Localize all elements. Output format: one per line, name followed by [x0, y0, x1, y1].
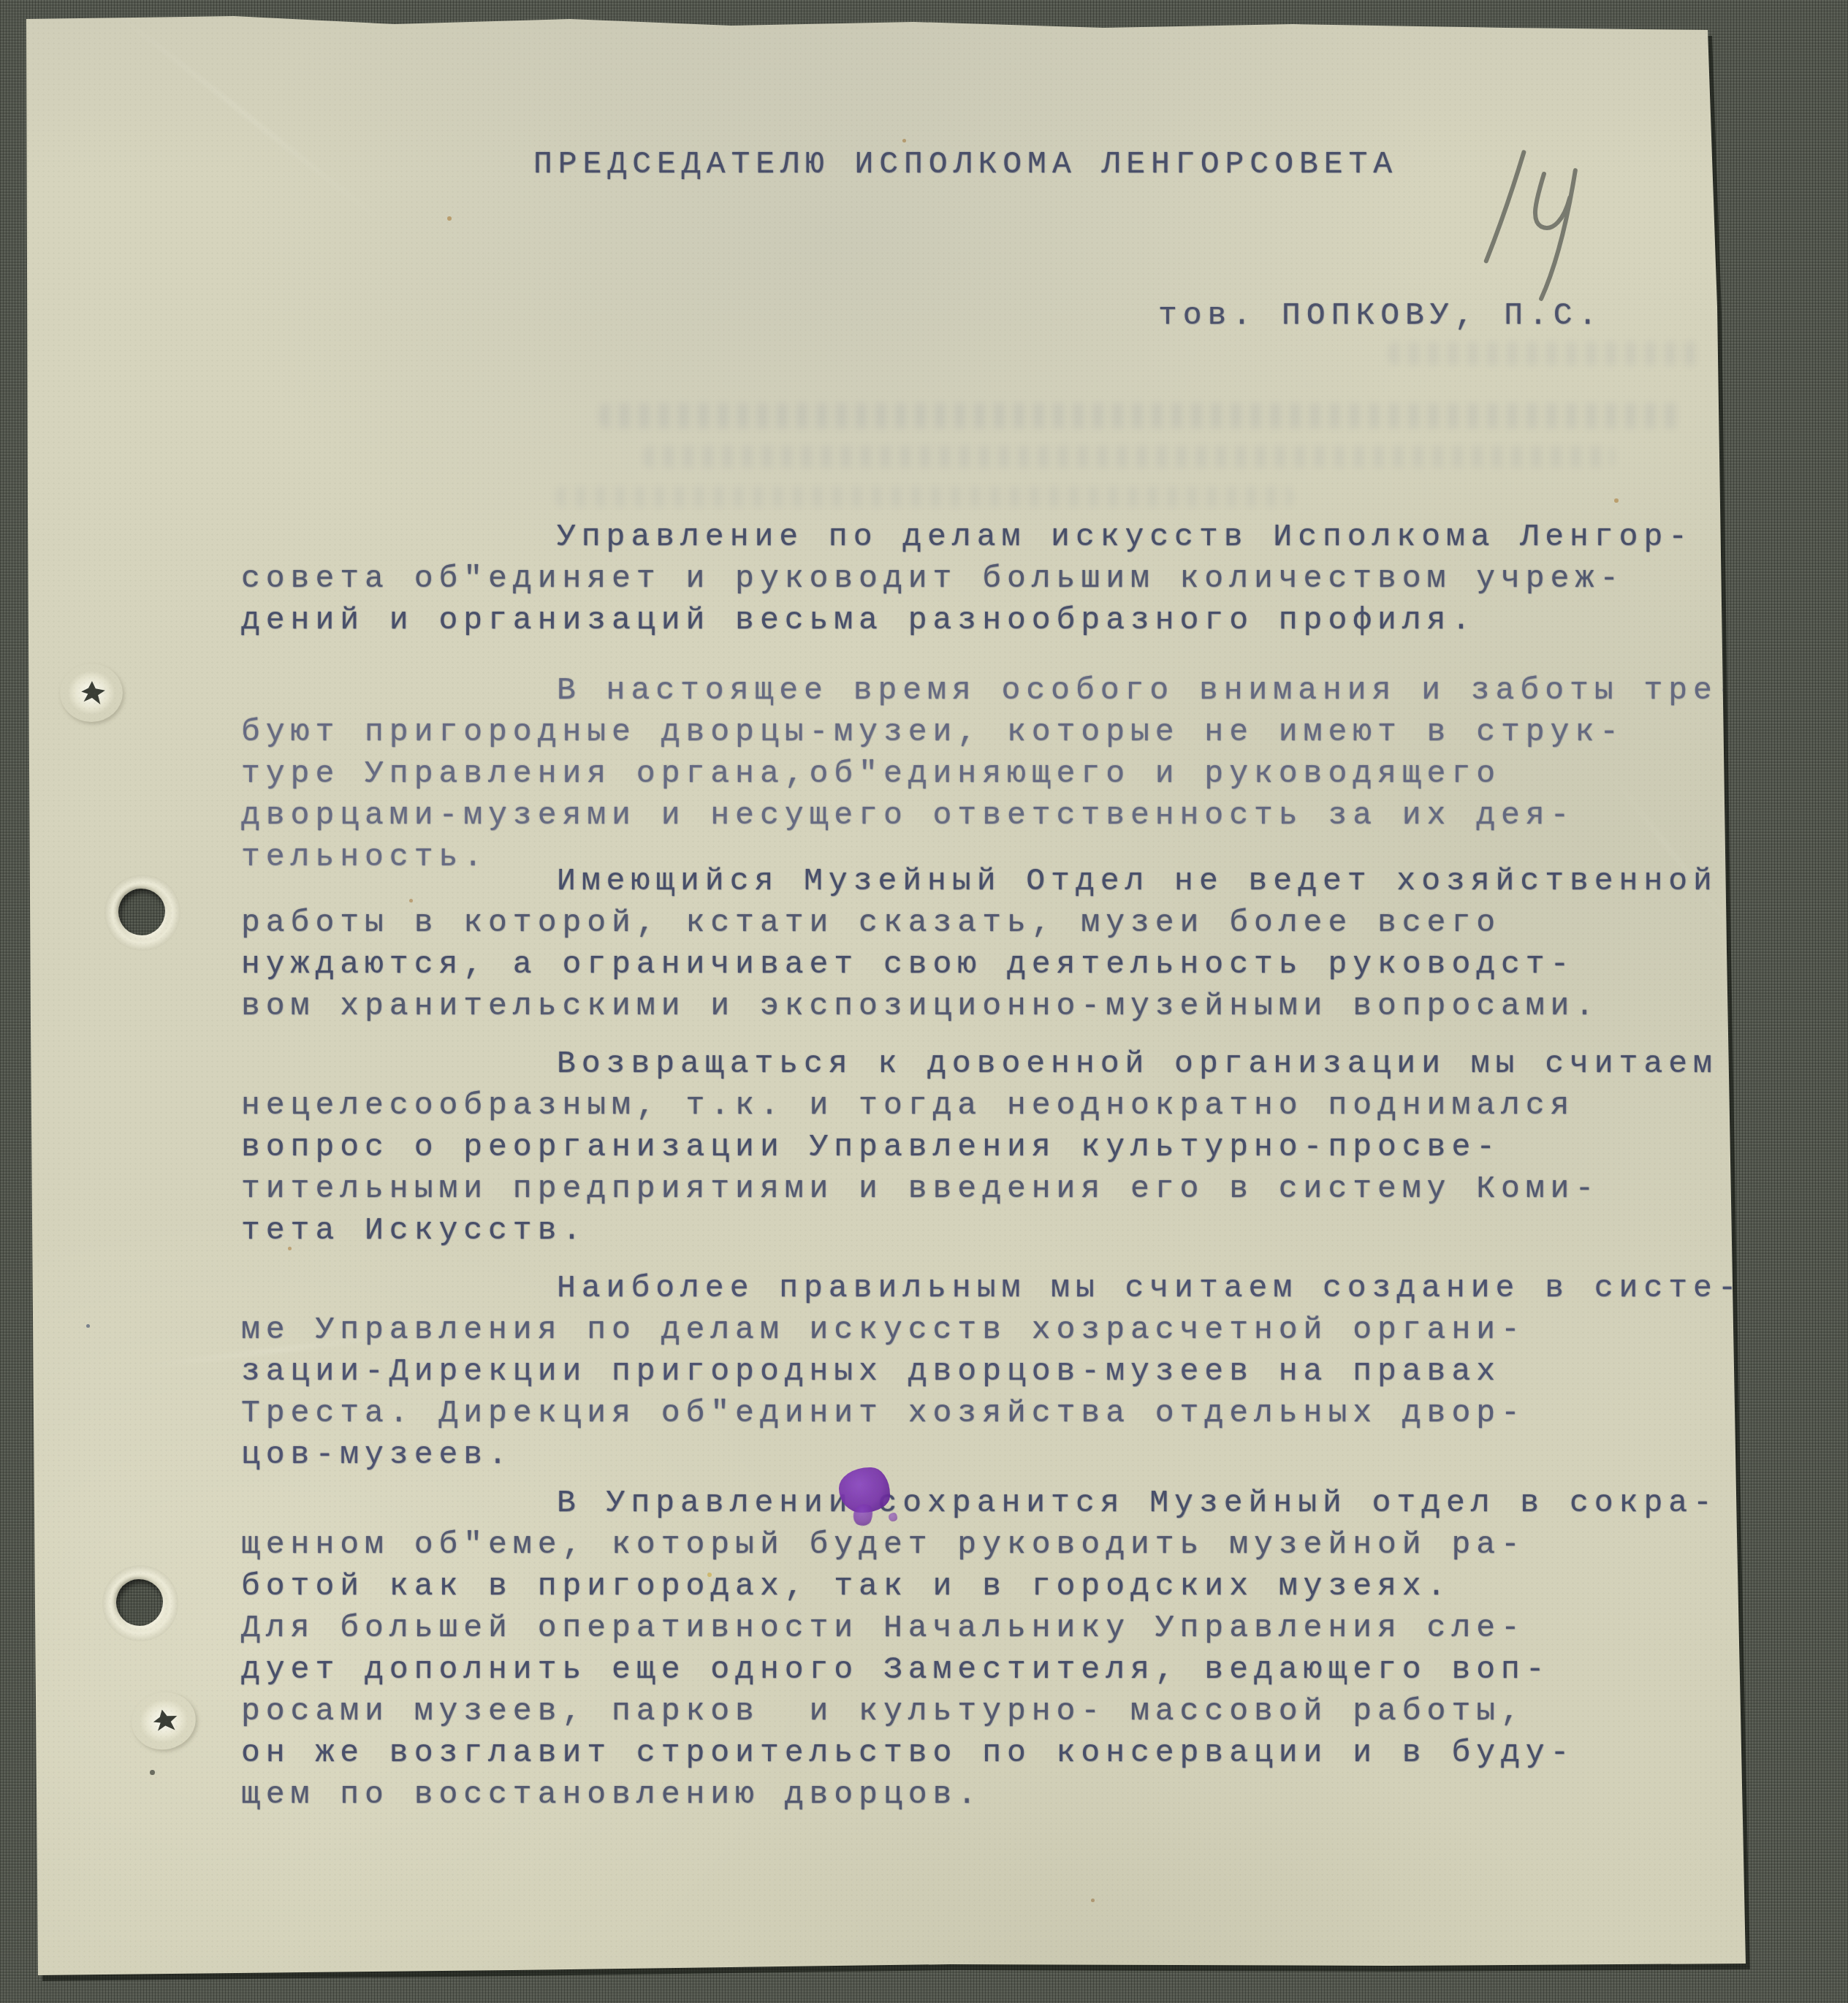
typewritten-line: В настоящее время особого внимания и заб… — [241, 669, 1739, 711]
paragraph: Управление по делам искусств Исполкома Л… — [241, 516, 1739, 641]
typewritten-line: Имеющийся Музейный Отдел не ведет хозяйс… — [241, 860, 1739, 902]
pencil-numeral-14 — [1457, 126, 1602, 316]
typewritten-line: зации-Дирекции пригородных дворцов-музее… — [241, 1350, 1739, 1392]
paper-speck — [707, 1573, 712, 1577]
typewritten-line: щем по восстановлению дворцов. — [241, 1774, 1739, 1815]
paragraph: В Управлении сохранится Музейный отдел в… — [241, 1482, 1739, 1815]
typewritten-line: нецелесообразным, т.к. и тогда неоднокра… — [241, 1084, 1739, 1126]
typewritten-line: дует дополнить еще одного Заместителя, в… — [241, 1649, 1739, 1690]
bleed-through-text — [643, 446, 1615, 468]
paper-tear — [126, 1687, 201, 1756]
ink-blot — [889, 1513, 897, 1521]
typewritten-line: щенном об"еме, который будет руководить … — [241, 1524, 1739, 1565]
document-page: ПРЕДСЕДАТЕЛЮ ИСПОЛКОМА ЛЕНГОРСОВЕТА тов.… — [0, 0, 1848, 2003]
typewritten-line: совета об"единяет и руководит большим ко… — [241, 558, 1739, 599]
typewritten-line: ме Управления по делам искусств хозрасче… — [241, 1309, 1739, 1350]
typewritten-line: вопрос о реорганизации Управления культу… — [241, 1126, 1739, 1168]
paper-speck — [902, 139, 906, 142]
typewritten-line: тительными предприятиями и введения его … — [241, 1168, 1739, 1209]
typewritten-line: работы в которой, кстати сказать, музеи … — [241, 902, 1739, 943]
paper-crease — [91, 0, 392, 229]
paragraph: Имеющийся Музейный Отдел не ведет хозяйс… — [241, 860, 1739, 1027]
paragraph: Наиболее правильным мы считаем создание … — [241, 1267, 1739, 1475]
typewritten-line: ботой как в пригородах, так и в городски… — [241, 1565, 1739, 1607]
document-header: ПРЕДСЕДАТЕЛЮ ИСПОЛКОМА ЛЕНГОРСОВЕТА — [533, 143, 1398, 185]
typewritten-line: он же возглавит строительство по консерв… — [241, 1732, 1739, 1774]
typewritten-line: цов-музеев. — [241, 1434, 1739, 1475]
typewritten-line: Треста. Дирекция об"единит хозяйства отд… — [241, 1392, 1739, 1434]
bleed-through-text — [599, 403, 1681, 428]
typewritten-line: В Управлении сохранится Музейный отдел в… — [241, 1482, 1739, 1524]
typewritten-line: туре Управления органа,об"единяющего и р… — [241, 753, 1739, 794]
typewritten-line: росами музеев, парков и культурно- массо… — [241, 1690, 1739, 1732]
typewritten-line: вом хранительскими и экспозиционно-музей… — [241, 985, 1739, 1027]
paragraph: Возвращаться к довоенной организации мы … — [241, 1043, 1739, 1251]
paper-speck — [409, 899, 413, 902]
typewritten-line: буют пригородные дворцы-музеи, которые н… — [241, 711, 1739, 753]
paper-speck — [86, 1324, 90, 1328]
bleed-through-text — [555, 487, 1293, 507]
typewritten-line: дворцами-музеями и несущего ответственно… — [241, 794, 1739, 836]
paper-speck — [150, 1770, 155, 1775]
paper-speck — [1614, 498, 1619, 503]
paragraph: В настоящее время особого внимания и заб… — [241, 669, 1739, 878]
punch-hole — [118, 889, 165, 935]
typewritten-line: Для большей оперативности Начальнику Упр… — [241, 1607, 1739, 1649]
punch-hole — [116, 1579, 163, 1626]
typewritten-line: Управление по делам искусств Исполкома Л… — [241, 516, 1739, 558]
paper-speck — [447, 216, 452, 221]
typewritten-line: нуждаются, а ограничивает свою деятельно… — [241, 943, 1739, 985]
scan-fabric-background: ПРЕДСЕДАТЕЛЮ ИСПОЛКОМА ЛЕНГОРСОВЕТА тов.… — [0, 0, 1848, 2003]
addressee-line: тов. ПОПКОВУ, П.С. — [1158, 294, 1602, 336]
typewritten-line: тета Искусств. — [241, 1209, 1739, 1251]
typewritten-line: дений и организаций весьма разнообразног… — [241, 599, 1739, 641]
paper-tear — [60, 664, 123, 722]
page-number-annotation — [1457, 126, 1602, 316]
typewritten-line: Возвращаться к довоенной организации мы … — [241, 1043, 1739, 1084]
bleed-through-text — [1388, 342, 1703, 365]
paper-speck — [1091, 1899, 1095, 1902]
paper-speck — [288, 1247, 292, 1250]
typewritten-line: Наиболее правильным мы считаем создание … — [241, 1267, 1739, 1309]
